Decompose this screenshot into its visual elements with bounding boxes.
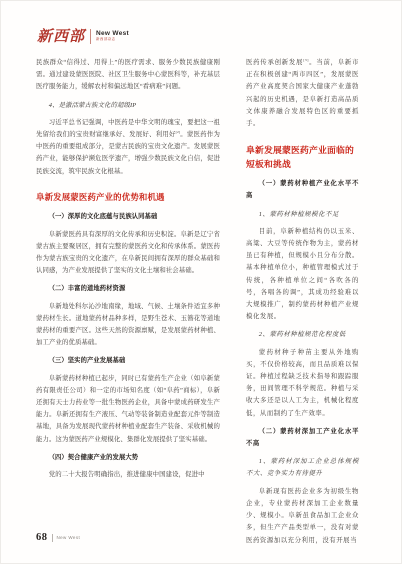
section-heading: 阜新发展蒙医药产业的优势和机遇 bbox=[36, 191, 220, 205]
right-column: 医药传承创新发展[3]。当前，阜新市正在积极创建“两市四区”，发展蒙医药产业高度… bbox=[246, 57, 359, 547]
section-heading: （一）深厚的文化底蕴与民族认同基础 bbox=[36, 211, 220, 223]
section-heading: （一）蒙药材种植产业化水平不高 bbox=[246, 178, 359, 202]
logo-tagline: 新西部杂志 bbox=[96, 37, 129, 42]
section-heading: 2、蒙药材种植规范化程度低 bbox=[246, 329, 359, 341]
section-heading: （二）丰富的道地药材资源 bbox=[36, 283, 220, 295]
paragraph: 习近平总书记强调，中医药是中华文明的瑰宝，要把这一祖先留给我们的宝贵财富继承好、… bbox=[36, 117, 220, 178]
section-heading: 4、是激活蒙古族文化的超级IP bbox=[36, 100, 220, 112]
paragraph: 阜新现有医药企业多为初级生物企业，专业蒙药材深加工企业数量少、规模小。阜新虽食品… bbox=[246, 486, 359, 547]
paragraph: 阜新蒙医药具有深厚的文化传承和历史积淀。阜新是辽宁省蒙古族主要聚居区，拥有完整的… bbox=[36, 229, 220, 278]
citation-mark: [3] bbox=[303, 58, 309, 62]
journal-name: New West bbox=[57, 535, 81, 540]
paragraph: 阜新蒙药材种植已起步，同时已有蒙药生产企业（如阜新蒙药有限责任公司）和一定的市场… bbox=[36, 373, 220, 446]
paragraph: 蒙药材种子种苗主要从外地购买，不仅价格较高，而且品质难以保证。种植过程缺乏技术指… bbox=[246, 347, 359, 420]
logo-chinese-title: 新西部 bbox=[37, 28, 85, 44]
paragraph: 民族群众“信得过、用得上”的医疗需求、服务少数民族健康刚需。通过建设蒙医医院、社… bbox=[36, 57, 220, 94]
footer-divider bbox=[52, 534, 53, 542]
section-heading: 1、蒙药材深加工企业总体规模不大、竞争实力有待提升 bbox=[246, 456, 359, 480]
section-heading: （二）蒙药材深加工产业化水平不高 bbox=[246, 426, 359, 450]
page-footer: 68 New West bbox=[36, 532, 80, 543]
paragraph: 党的二十大报告明确指出，推进健康中国建设，促进中 bbox=[36, 469, 220, 481]
section-heading: 1、蒙药材种植规模化不足 bbox=[246, 209, 359, 221]
section-heading: （四）契合健康产业的发展大势 bbox=[36, 452, 220, 464]
section-heading: 阜新发展蒙医药产业面临的短板和挑战 bbox=[246, 143, 359, 171]
paragraph: 阜新地处科尔沁沙地南缘，地域、气候、土壤条件适宜多种蒙药材生长。道地蒙药材品种多… bbox=[36, 301, 220, 350]
section-heading: （三）坚实的产业发展基础 bbox=[36, 355, 220, 367]
citation-mark: [2] bbox=[176, 130, 180, 134]
logo-english-block: New West 新西部杂志 bbox=[96, 30, 129, 42]
paragraph: 目前，阜新种植结构仍以玉米、高粱、大豆等传统作物为主，蒙药材虽已有种植，但规模小… bbox=[246, 226, 359, 324]
paragraph: 医药传承创新发展[3]。当前，阜新市正在积极创建“两市四区”，发展蒙医药产业高度… bbox=[246, 57, 359, 130]
logo-divider bbox=[90, 29, 91, 44]
logo-english-title: New West bbox=[96, 30, 129, 37]
journal-logo: 新西部 New West 新西部杂志 bbox=[37, 28, 129, 44]
left-column: 民族群众“信得过、用得上”的医疗需求、服务少数民族健康刚需。通过建设蒙医医院、社… bbox=[36, 57, 220, 481]
magazine-page: 新西部 New West 新西部杂志 民族群众“信得过、用得上”的医疗需求、服务… bbox=[0, 0, 402, 564]
page-number: 68 bbox=[36, 532, 48, 543]
